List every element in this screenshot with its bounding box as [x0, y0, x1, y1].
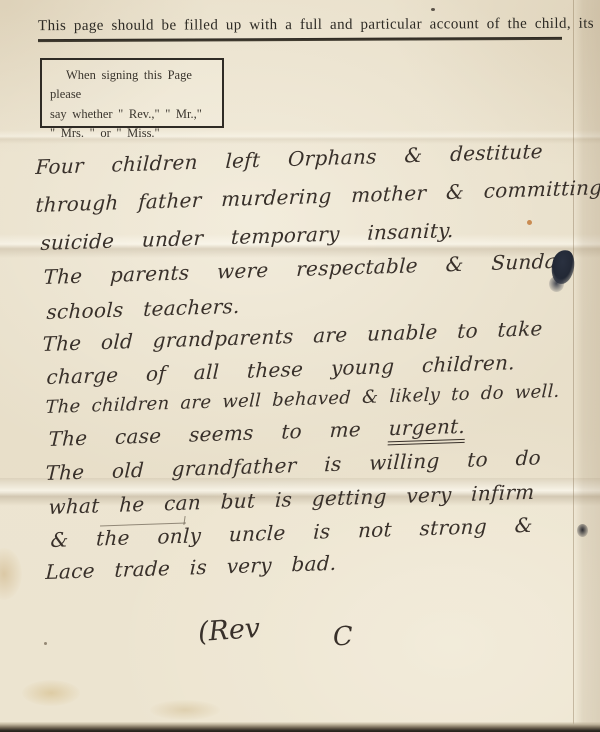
ink-mark: [577, 524, 588, 537]
paper-speck: [431, 8, 435, 11]
handwriting-line-6: The old grandparents are unable to take: [42, 316, 543, 356]
scan-bottom-edge: [0, 722, 600, 732]
printed-header-instruction: This page should be filled up with a ful…: [38, 16, 568, 35]
handwriting-line-9: The case seems to me urgent.: [48, 414, 466, 451]
paper-speck: [527, 220, 532, 225]
handwriting-urgent-word: urgent.: [388, 414, 466, 445]
scanned-document-page: This page should be filled up with a ful…: [0, 0, 600, 732]
handwriting-line-9-prefix: The case seems to me: [48, 417, 362, 451]
paper-speck: [44, 642, 47, 645]
handwriting-line-2: through father murdering mother & commit…: [35, 175, 600, 217]
handwriting-line-5: schools teachers.: [46, 294, 240, 324]
signature-initial: C: [332, 621, 353, 652]
handwriting-line-1: Four children left Orphans & destitute: [35, 139, 543, 179]
handwriting-line-7: charge of all these young children.: [46, 350, 515, 389]
note-line-2: say whether " Rev.," " Mr.,": [50, 105, 218, 124]
ink-blot-tail: [549, 276, 564, 292]
note-line-3: " Mrs. " or " Miss.": [50, 124, 218, 143]
signature-prefix: (Rev: [197, 613, 261, 648]
paper-right-edge: [573, 0, 600, 732]
signing-note-box: When signing this Page please say whethe…: [40, 58, 224, 128]
paper-stain-bottom-mid: [150, 700, 220, 720]
paper-stain-bottom-left: [22, 680, 80, 706]
header-rule: [38, 37, 562, 42]
note-line-1: When signing this Page please: [50, 66, 218, 105]
